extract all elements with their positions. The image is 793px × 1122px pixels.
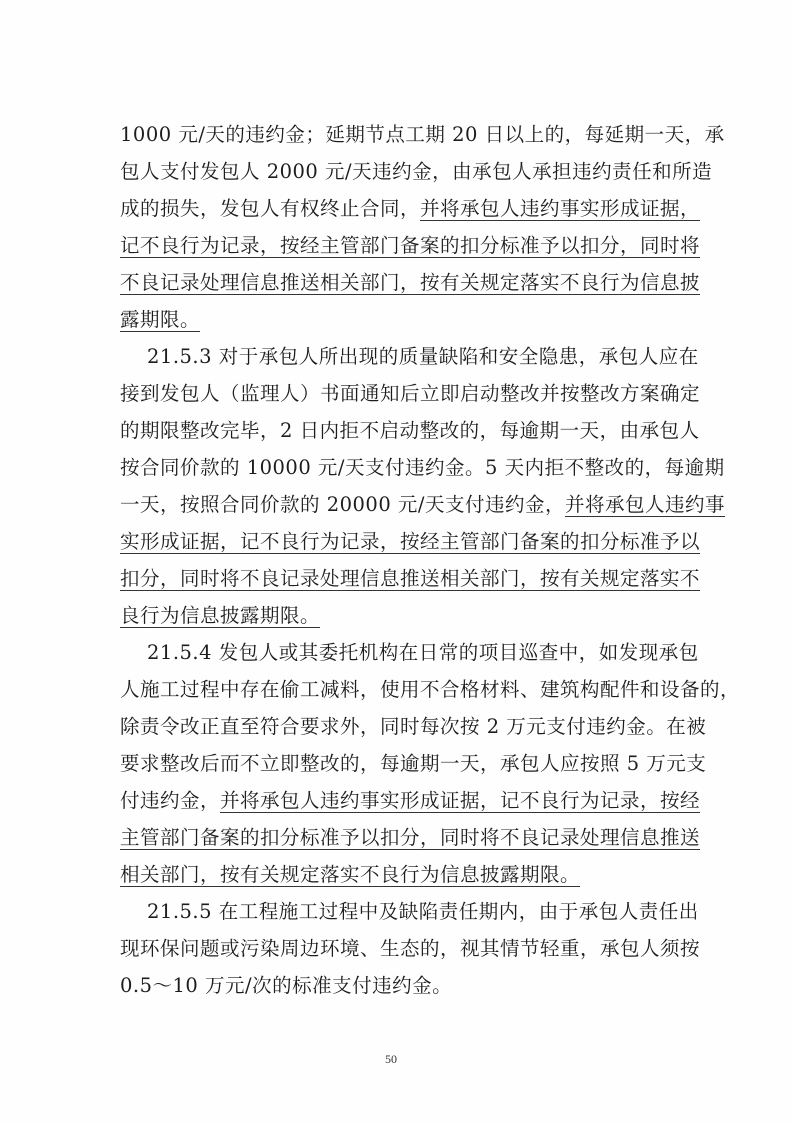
underlined-text: 相关部门，按有关规定落实不良行为信息披露期限。 — [120, 863, 580, 886]
underlined-text: 记不良行为记录，按经主管部门备案的扣分标准予以扣分，同时将 — [120, 234, 700, 257]
text-segment: 要求整改后而不立即整改的，每逾期一天，承包人应按照 5 万元支 — [120, 752, 706, 775]
paragraph-first-line: 21.5.3 对于承包人所出现的质量缺陷和安全隐患，承包人应在 — [147, 342, 690, 372]
text-segment: 0.5～10 万元/次的标准支付违约金。 — [120, 974, 452, 997]
text-line: 不良记录处理信息推送相关部门，按有关规定落实不良行为信息披 — [120, 268, 690, 298]
text-segment: 按合同价款的 10000 元/天支付违约金。5 天内拒不整改的，每逾期 — [120, 456, 725, 479]
text-line: 相关部门，按有关规定落实不良行为信息披露期限。 — [120, 860, 690, 890]
text-line: 一天，按照合同价款的 20000 元/天支付违约金，并将承包人违约事 — [120, 490, 690, 520]
text-line: 实形成证据，记不良行为记录，按经主管部门备案的扣分标准予以 — [120, 527, 690, 557]
text-line: 的期限整改完毕，2 日内拒不启动整改的，每逾期一天，由承包人 — [120, 416, 690, 446]
underlined-text: 扣分，同时将不良记录处理信息推送相关部门，按有关规定落实不 — [120, 567, 700, 590]
text-segment: 人施工过程中存在偷工减料，使用不合格材料、建筑构配件和设备的， — [120, 678, 740, 701]
text-line: 现环保问题或污染周边环境、生态的，视其情节轻重，承包人须按 — [120, 934, 690, 964]
underlined-text: 并将承包人违约事实形成证据，记不良行为记录，按经 — [220, 789, 700, 812]
paragraph-first-line: 21.5.4 发包人或其委托机构在日常的项目巡查中，如发现承包 — [147, 638, 690, 668]
text-segment: 的期限整改完毕，2 日内拒不启动整改的，每逾期一天，由承包人 — [120, 419, 700, 442]
underlined-text: 露期限。 — [120, 308, 200, 331]
text-segment: 成的损失，发包人有权终止合同， — [120, 197, 420, 220]
text-line: 记不良行为记录，按经主管部门备案的扣分标准予以扣分，同时将 — [120, 231, 690, 261]
text-line: 0.5～10 万元/次的标准支付违约金。 — [120, 971, 690, 1001]
underlined-text: 并将承包人违约事实形成证据， — [420, 197, 700, 220]
underlined-text: 不良记录处理信息推送相关部门，按有关规定落实不良行为信息披 — [120, 271, 700, 294]
text-segment: 一天，按照合同价款的 20000 元/天支付违约金， — [120, 493, 565, 516]
text-line: 除责令改正直至符合要求外，同时每次按 2 万元支付违约金。在被 — [120, 712, 690, 742]
text-line: 人施工过程中存在偷工减料，使用不合格材料、建筑构配件和设备的， — [120, 675, 690, 705]
text-line: 接到发包人（监理人）书面通知后立即启动整改并按整改方案确定 — [120, 379, 690, 409]
underlined-text: 良行为信息披露期限。 — [120, 604, 320, 627]
text-segment: 除责令改正直至符合要求外，同时每次按 2 万元支付违约金。在被 — [120, 715, 706, 738]
text-segment: 现环保问题或污染周边环境、生态的，视其情节轻重，承包人须按 — [120, 937, 700, 960]
text-line: 付违约金，并将承包人违约事实形成证据，记不良行为记录，按经 — [120, 786, 690, 816]
text-segment: 21.5.5 在工程施工过程中及缺陷责任期内，由于承包人责任出 — [147, 900, 699, 923]
underlined-text: 并将承包人违约事 — [565, 493, 725, 516]
text-segment: 付违约金， — [120, 789, 220, 812]
underlined-text: 实形成证据，记不良行为记录，按经主管部门备案的扣分标准予以 — [120, 530, 700, 553]
paragraph-first-line: 21.5.5 在工程施工过程中及缺陷责任期内，由于承包人责任出 — [147, 897, 690, 927]
text-line: 1000 元/天的违约金；延期节点工期 20 日以上的，每延期一天，承 — [120, 120, 690, 150]
text-line: 扣分，同时将不良记录处理信息推送相关部门，按有关规定落实不 — [120, 564, 690, 594]
underlined-text: 主管部门备案的扣分标准予以扣分，同时将不良记录处理信息推送 — [120, 826, 700, 849]
page-number: 50 — [385, 1052, 397, 1067]
text-line: 主管部门备案的扣分标准予以扣分，同时将不良记录处理信息推送 — [120, 823, 690, 853]
text-line: 良行为信息披露期限。 — [120, 601, 690, 631]
text-segment: 21.5.3 对于承包人所出现的质量缺陷和安全隐患，承包人应在 — [147, 345, 699, 368]
document-page: 1000 元/天的违约金；延期节点工期 20 日以上的，每延期一天，承包人支付发… — [0, 0, 793, 1122]
text-line: 要求整改后而不立即整改的，每逾期一天，承包人应按照 5 万元支 — [120, 749, 690, 779]
text-line: 露期限。 — [120, 305, 690, 335]
text-segment: 包人支付发包人 2000 元/天违约金，由承包人承担违约责任和所造 — [120, 160, 712, 183]
text-segment: 1000 元/天的违约金；延期节点工期 20 日以上的，每延期一天，承 — [120, 123, 725, 146]
text-line: 成的损失，发包人有权终止合同，并将承包人违约事实形成证据， — [120, 194, 690, 224]
text-segment: 21.5.4 发包人或其委托机构在日常的项目巡查中，如发现承包 — [147, 641, 699, 664]
text-line: 包人支付发包人 2000 元/天违约金，由承包人承担违约责任和所造 — [120, 157, 690, 187]
text-segment: 接到发包人（监理人）书面通知后立即启动整改并按整改方案确定 — [120, 382, 700, 405]
text-line: 按合同价款的 10000 元/天支付违约金。5 天内拒不整改的，每逾期 — [120, 453, 690, 483]
